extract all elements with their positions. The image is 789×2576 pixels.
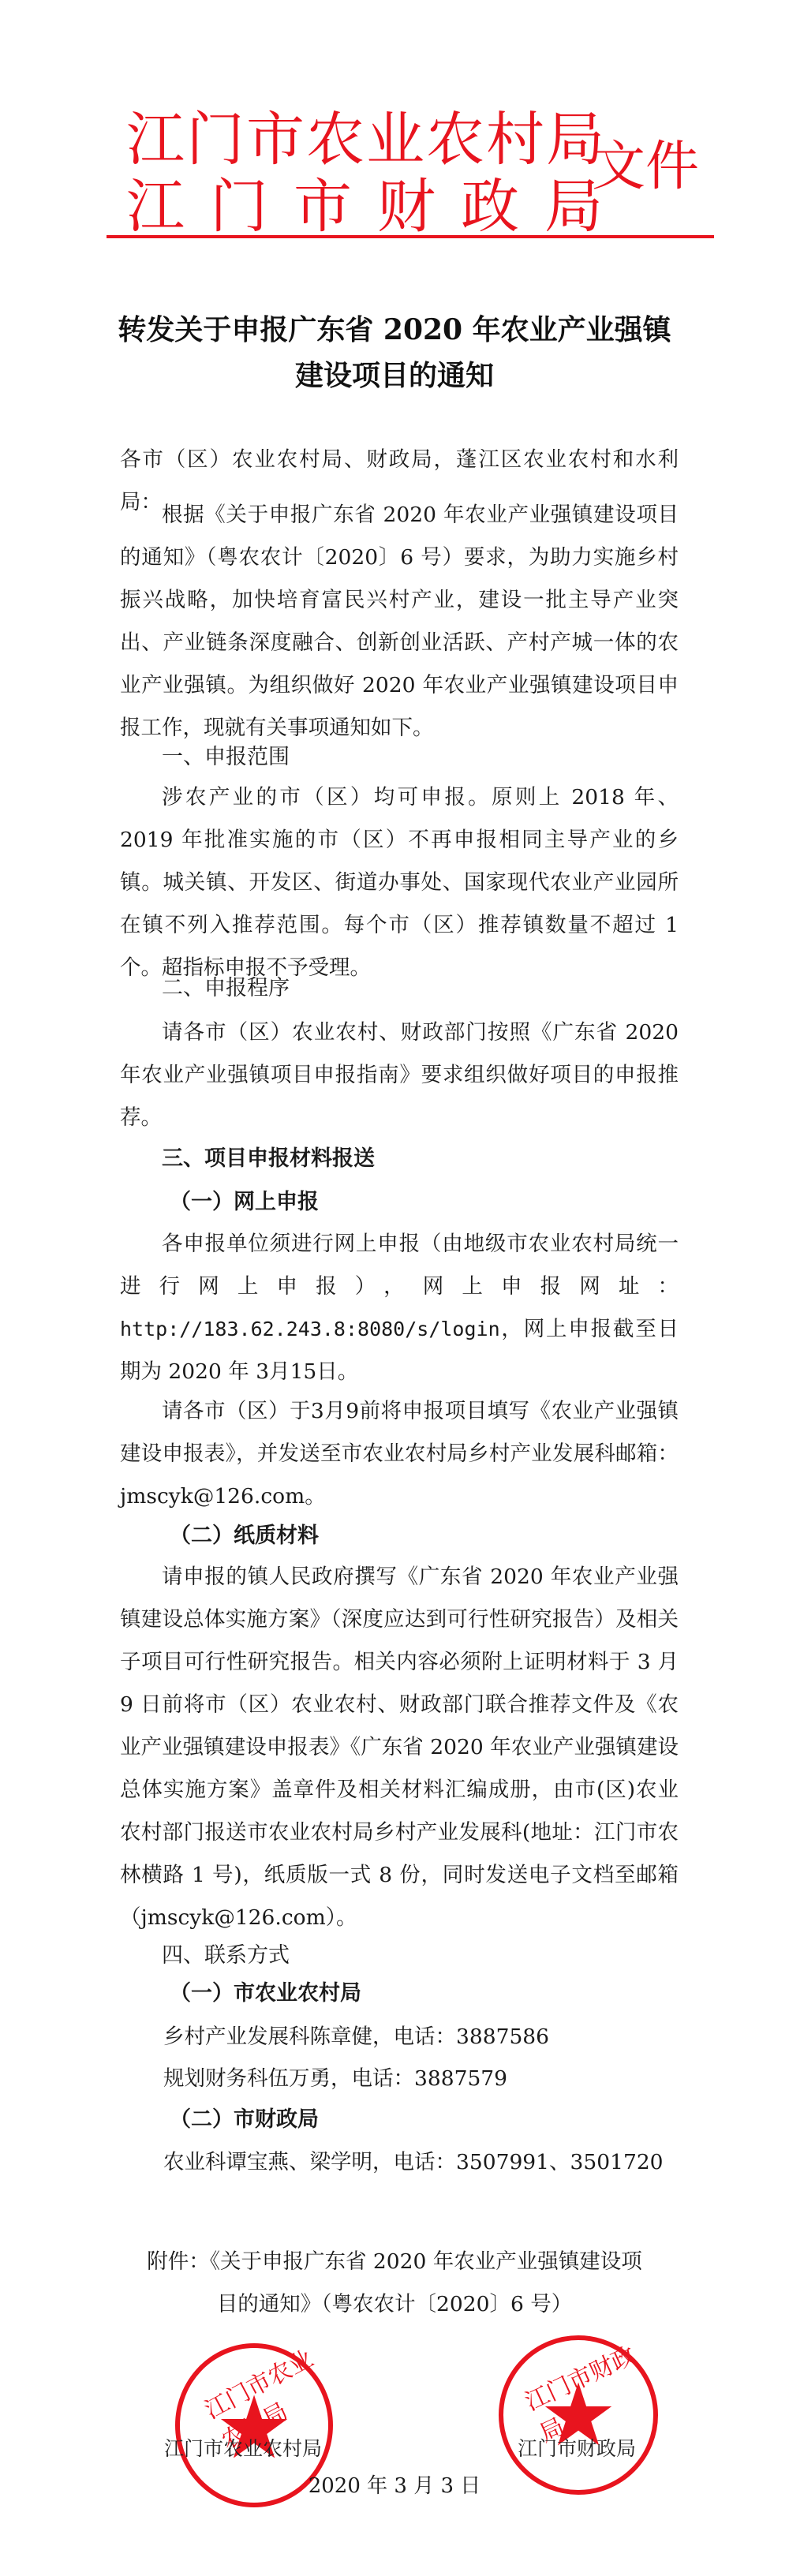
- submission-url-link[interactable]: http://183.62.243.8:8080/s/login: [120, 1318, 500, 1340]
- intro-paragraph: 根据《关于申报广东省 2020 年农业产业强镇建设项目的通知》（粤农农计〔202…: [120, 494, 679, 750]
- document-title-line-2: 建设项目的通知: [0, 361, 789, 390]
- section-1-body: 涉农产业的市（区）均可申报。原则上 2018 年、2019 年批准实施的市（区）…: [120, 776, 679, 989]
- agency-name-finance: 江门市财政局: [126, 178, 628, 236]
- section-2-heading: 二、申报程序: [162, 967, 290, 1010]
- section-3-sub-1-heading: （一）网上申报: [170, 1181, 319, 1224]
- section-3-heading: 三、项目申报材料报送: [162, 1138, 375, 1180]
- section-4-sub-1-heading: （一）市农业农村局: [170, 1972, 361, 2015]
- section-4-heading: 四、联系方式: [162, 1935, 290, 1977]
- agency-name-agriculture: 江门市农业农村局: [126, 110, 606, 169]
- contact-tan-liang: 农业科谭宝燕、梁学明，电话：3507991、3501720: [163, 2141, 664, 2184]
- section-3-sub-2-body: 请申报的镇人民政府撰写《广东省 2020 年农业产业强镇建设总体实施方案》（深度…: [120, 1556, 679, 1939]
- issue-date: 2020 年 3 月 3 日: [0, 2469, 789, 2499]
- contact-wu: 规划财务科伍万勇，电话：3887579: [163, 2058, 507, 2100]
- section-3-sub-2-heading: （二）纸质材料: [170, 1515, 319, 1557]
- section-2-body: 请各市（区）农业农村、财政部门按照《广东省 2020 年农业产业强镇项目申报指南…: [120, 1011, 679, 1139]
- attachment-line-2: 目的通知》（粤农农计〔2020〕6 号）: [0, 2283, 789, 2326]
- section-4-sub-2-heading: （二）市财政局: [170, 2099, 319, 2141]
- online-submission-text: 各申报单位须进行网上申报（由地级市农业农村局统一进行网上申报），网上申报网址：: [120, 1232, 679, 1299]
- section-3-sub-1-body: 各申报单位须进行网上申报（由地级市农业农村局统一进行网上申报），网上申报网址：h…: [120, 1223, 679, 1393]
- red-divider-rule: [107, 235, 714, 238]
- signatory-agriculture: 江门市农业农村局: [164, 2433, 322, 2462]
- document-title-line-1: 转发关于申报广东省 2020 年农业产业强镇: [0, 316, 789, 344]
- document-label: 文件: [592, 140, 699, 194]
- section-3-sub-1-body-2: 请各市（区）于3月9前将申报项目填写《农业产业强镇建设申报表》，并发送至市农业农…: [120, 1390, 679, 1518]
- signatory-finance: 江门市财政局: [518, 2433, 636, 2462]
- contact-chen: 乡村产业发展科陈章健，电话：3887586: [163, 2016, 549, 2058]
- attachment-line-1: 附件：《关于申报广东省 2020 年农业产业强镇建设项: [0, 2241, 789, 2283]
- section-1-heading: 一、申报范围: [162, 736, 290, 779]
